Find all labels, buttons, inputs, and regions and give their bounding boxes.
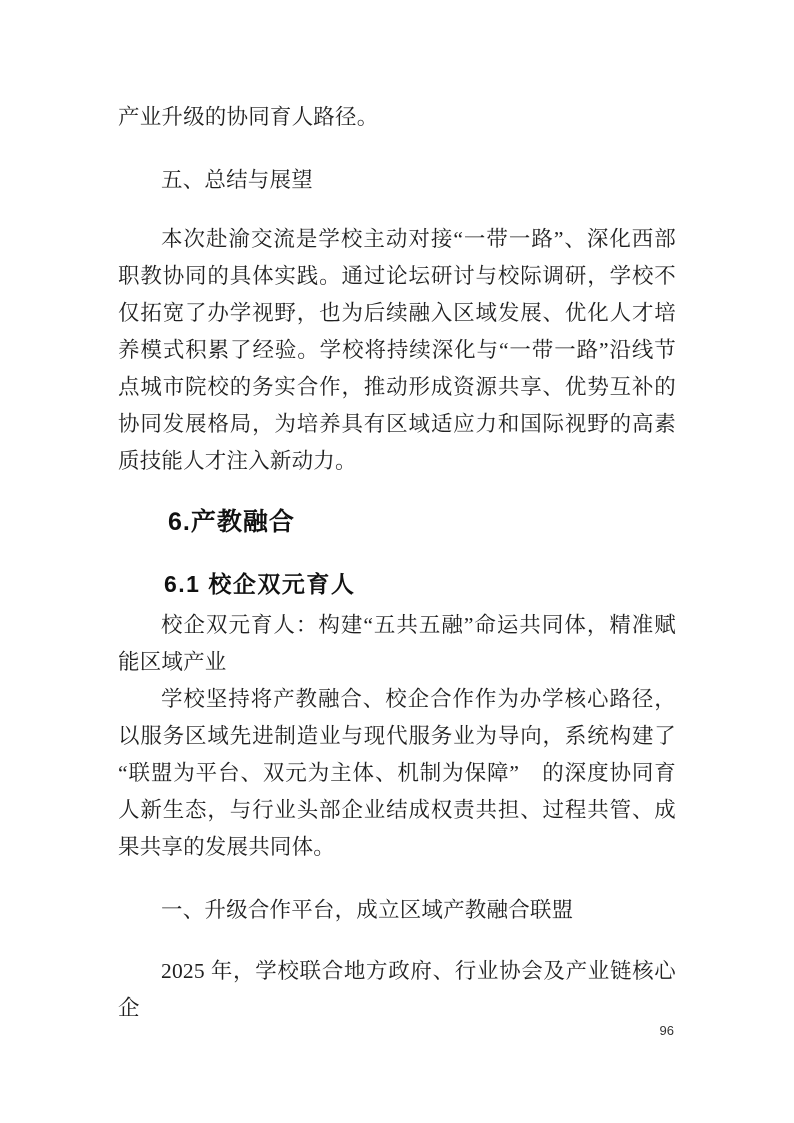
section-6-1-paragraph: 学校坚持将产教融合、校企合作作为办学核心路径，以服务区域先进制造业与现代服务业为…: [118, 681, 676, 866]
subsection-1-heading: 一、升级合作平台，成立区域产教融合联盟: [118, 892, 676, 929]
section-5-heading: 五、总结与展望: [118, 162, 676, 199]
page-number: 96: [0, 1022, 794, 1040]
section-5-paragraph: 本次赴渝交流是学校主动对接“一带一路”、深化西部职教协同的具体实践。通过论坛研讨…: [118, 221, 676, 480]
section-6-1-lead-paragraph: 校企双元育人：构建“五共五融”命运共同体，精准赋能区域产业: [118, 607, 676, 681]
subsection-1-paragraph: 2025 年，学校联合地方政府、行业协会及产业链核心企: [118, 953, 676, 1027]
section-6-1-heading: 6.1 校企双元育人: [118, 564, 676, 604]
document-page: 产业升级的协同育人路径。 五、总结与展望 本次赴渝交流是学校主动对接“一带一路”…: [0, 0, 794, 1123]
chapter-6-heading: 6.产教融合: [118, 502, 676, 542]
paragraph-continuation: 产业升级的协同育人路径。: [118, 99, 676, 136]
